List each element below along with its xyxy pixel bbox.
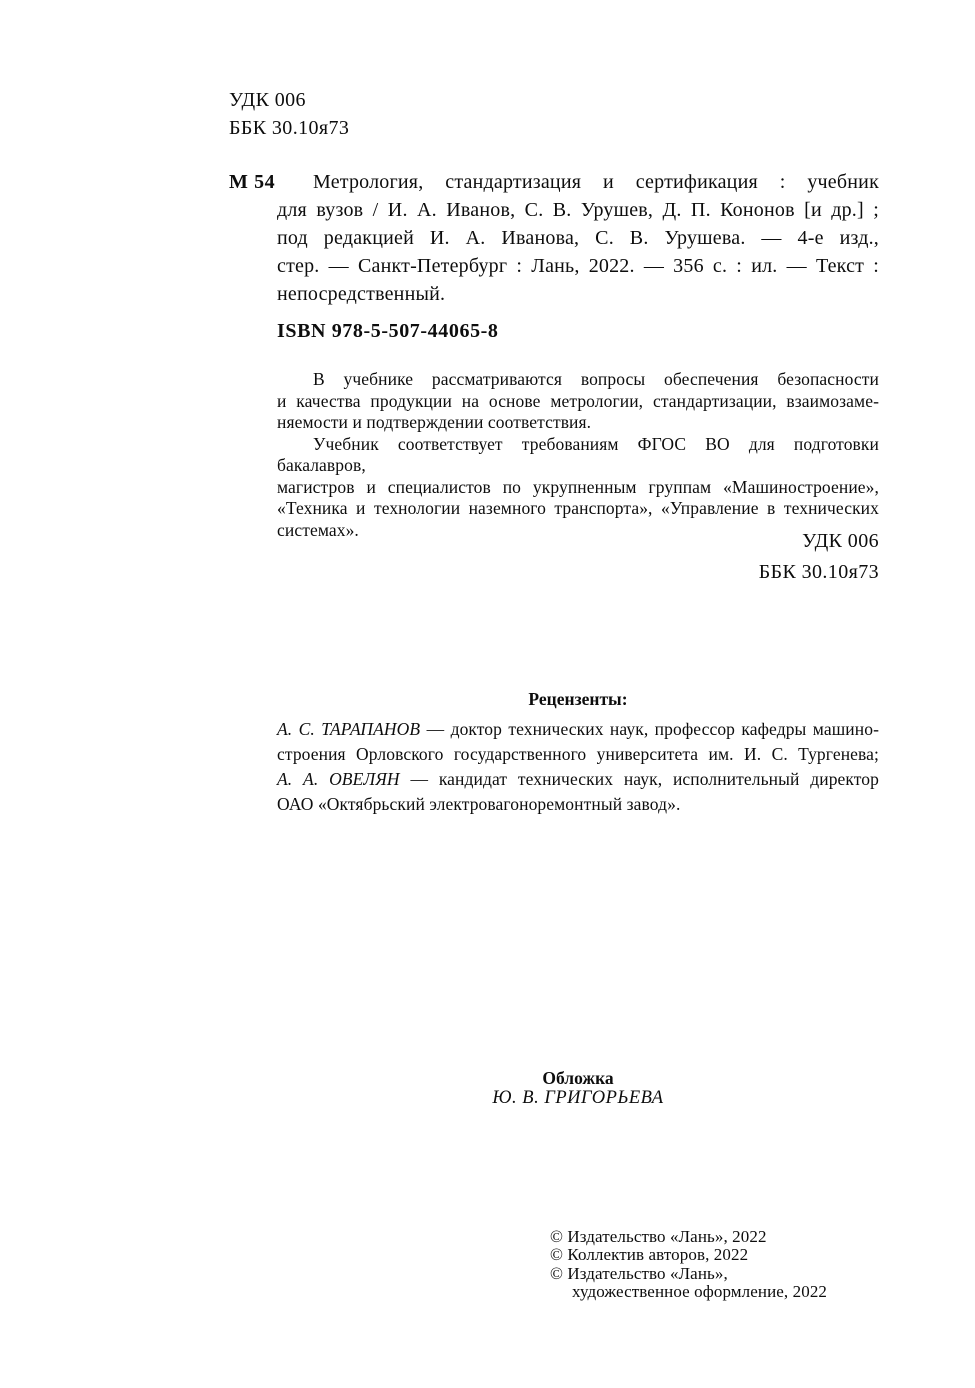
cover-credit-label: Обложка (277, 1068, 879, 1088)
reviewers-text: А. С. ТАРАПАНОВ — доктор технических нау… (277, 717, 879, 817)
top-classification-codes: УДК 006 ББК 30.10я73 (229, 86, 349, 142)
biblio-line: стер. — Санкт-Петербург : Лань, 2022. — … (277, 252, 879, 280)
cover-designer-name: Ю. В. ГРИГОРЬЕВА (277, 1088, 879, 1108)
annotation-line: магистров и специалистов по укрупненным … (277, 477, 879, 499)
reviewer-line: ОАО «Октябрьский электровагоноремонтный … (277, 792, 879, 817)
biblio-line: Метрология, стандартизация и сертификаци… (277, 168, 879, 196)
copyright-line: художественное оформление, 2022 (550, 1283, 827, 1301)
annotation-line: В учебнике рассматриваются вопросы обесп… (277, 369, 879, 391)
reviewers-section: Рецензенты: А. С. ТАРАПАНОВ — доктор тех… (277, 688, 879, 817)
reviewer-name: А. А. ОВЕЛЯН (277, 769, 400, 789)
reviewer-line: строения Орловского государственного уни… (277, 742, 879, 767)
bbk-code: ББК 30.10я73 (229, 114, 349, 142)
annotation-line: «Техника и технологии наземного транспор… (277, 498, 879, 520)
imprint-page: УДК 006 ББК 30.10я73 М 54 Метрология, ст… (0, 0, 975, 1388)
copyright-line: © Издательство «Лань», (550, 1265, 827, 1283)
biblio-line: для вузов / И. А. Иванов, С. В. Урушев, … (277, 196, 879, 224)
biblio-line: под редакцией И. А. Иванова, С. В. Уруше… (277, 224, 879, 252)
reviewer-line: А. С. ТАРАПАНОВ — доктор технических нау… (277, 717, 879, 742)
annotation-line: няемости и подтверждении соответствия. (277, 412, 879, 434)
reviewers-heading: Рецензенты: (277, 688, 879, 710)
copyright-line: © Коллектив авторов, 2022 (550, 1246, 827, 1264)
copyright-block: © Издательство «Лань», 2022 © Коллектив … (550, 1228, 827, 1301)
reviewer-line-text: строения Орловского государственного уни… (277, 744, 879, 764)
reviewer-name: А. С. ТАРАПАНОВ (277, 719, 420, 739)
bbk-code-right: ББК 30.10я73 (277, 557, 879, 588)
right-classification-codes: УДК 006 ББК 30.10я73 (277, 526, 879, 588)
udc-code-right: УДК 006 (277, 526, 879, 557)
isbn: ISBN 978-5-507-44065-8 (277, 320, 499, 343)
reviewer-line-text: — кандидат технических наук, исполнитель… (400, 769, 879, 789)
bibliographic-record: Метрология, стандартизация и сертификаци… (277, 168, 879, 308)
author-sign-code: М 54 (229, 168, 275, 196)
annotation-line: и качества продукции на основе метрологи… (277, 391, 879, 413)
biblio-line: непосредственный. (277, 280, 879, 308)
cover-credit: Обложка Ю. В. ГРИГОРЬЕВА (277, 1068, 879, 1108)
udc-code: УДК 006 (229, 86, 349, 114)
annotation: В учебнике рассматриваются вопросы обесп… (277, 369, 879, 541)
copyright-line: © Издательство «Лань», 2022 (550, 1228, 827, 1246)
annotation-line: Учебник соответствует требованиям ФГОС В… (277, 434, 879, 477)
reviewer-line-text: — доктор технических наук, профессор каф… (420, 719, 879, 739)
reviewer-line-text: ОАО «Октябрьский электровагоноремонтный … (277, 794, 680, 814)
reviewer-line: А. А. ОВЕЛЯН — кандидат технических наук… (277, 767, 879, 792)
